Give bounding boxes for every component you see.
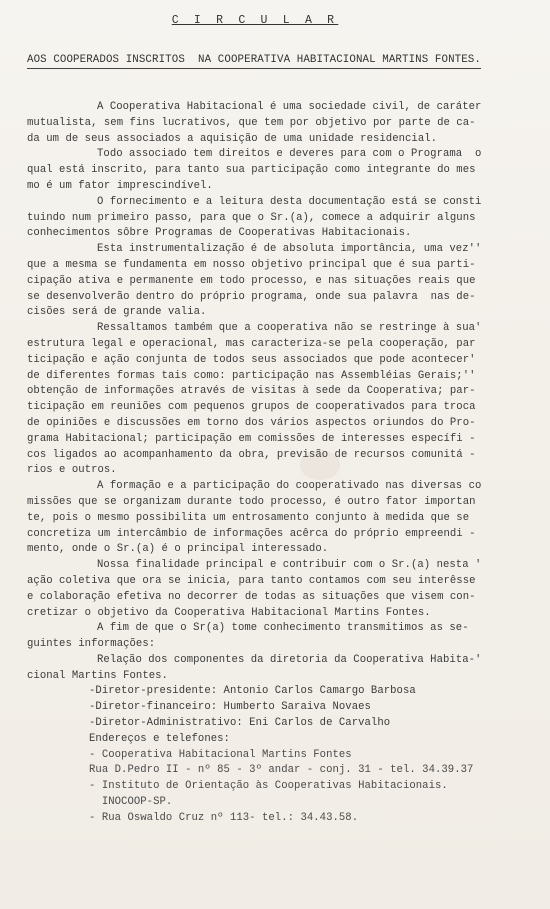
text-line: O fornecimento e a leitura desta documen… (27, 195, 527, 211)
text-line: A Cooperativa Habitacional é uma socieda… (27, 100, 527, 116)
contact-item: - Cooperativa Habitacional Martins Fonte… (27, 748, 527, 764)
text-line: missões que se organizam durante todo pr… (27, 495, 527, 511)
text-line: cisões será de grande valia. (27, 305, 527, 321)
text-line: guintes informações: (27, 637, 527, 653)
directors-list: -Diretor-presidente: Antonio Carlos Cama… (27, 684, 527, 731)
text-line: ticipação em reuniões com pequenos grupo… (27, 400, 527, 416)
contacts-list: - Cooperativa Habitacional Martins Fonte… (27, 748, 527, 827)
text-line: cretizar o objetivo da Cooperativa Habit… (27, 606, 527, 622)
document-body: A Cooperativa Habitacional é uma socieda… (27, 100, 527, 827)
text-line: de opiniões e discussões em torno dos vá… (27, 416, 527, 432)
contacts-heading: Endereços e telefones: (27, 732, 527, 748)
contact-item: - Instituto de Orientação às Cooperativa… (27, 779, 527, 795)
document-title: C I R C U L A R (0, 14, 550, 27)
text-line: que a mesma se fundamenta em nosso objet… (27, 258, 527, 274)
director-item: -Diretor-presidente: Antonio Carlos Cama… (27, 684, 527, 700)
text-line: Relação dos componentes da diretoria da … (27, 653, 527, 669)
contact-item: - Rua Oswaldo Cruz nº 113- tel.: 34.43.5… (27, 811, 527, 827)
text-line: rios e outros. (27, 463, 527, 479)
text-line: Nossa finalidade principal e contribuir … (27, 558, 527, 574)
text-line: de diferentes formas tais como: particip… (27, 369, 527, 385)
text-line: da um de seus associados a aquisição de … (27, 132, 527, 148)
text-line: A fim de que o Sr(a) tome conhecimento t… (27, 621, 527, 637)
text-line: ação coletiva que ora se inicia, para ta… (27, 574, 527, 590)
text-line: A formação e a participação do cooperati… (27, 479, 527, 495)
text-line: se desenvolverão dentro do próprio progr… (27, 290, 527, 306)
contact-item: Rua D.Pedro II - nº 85 - 3º andar - conj… (27, 763, 527, 779)
text-line: te, pois o mesmo possibilita um entrosam… (27, 511, 527, 527)
circular-page: C I R C U L A R AOS COOPERADOS INSCRITOS… (0, 0, 550, 909)
text-line: cos ligados ao acompanhamento da obra, p… (27, 448, 527, 464)
text-line: estrutura legal e operacional, mas carac… (27, 337, 527, 353)
text-line: cipação ativa e permanente em todo proce… (27, 274, 527, 290)
text-line: Todo associado tem direitos e deveres pa… (27, 147, 527, 163)
text-line: mo é um fator imprescindível. (27, 179, 527, 195)
text-line: ticipação e ação conjunta de todos seus … (27, 353, 527, 369)
text-line: cional Martins Fontes. (27, 669, 527, 685)
text-line: Ressaltamos também que a cooperativa não… (27, 321, 527, 337)
text-line: Esta instrumentalização é de absoluta im… (27, 242, 527, 258)
contact-item: INOCOOP-SP. (27, 795, 527, 811)
text-line: obtenção de informações através de visit… (27, 384, 527, 400)
text-line: e colaboração efetiva no decorrer de tod… (27, 590, 527, 606)
director-item: -Diretor-Administrativo: Eni Carlos de C… (27, 716, 527, 732)
text-line: qual está inscrito, para tanto sua parti… (27, 163, 527, 179)
text-line: mento, onde o Sr.(a) é o principal inter… (27, 542, 527, 558)
director-item: -Diretor-financeiro: Humberto Saraiva No… (27, 700, 527, 716)
text-line: mutualista, sem fins lucrativos, que tem… (27, 116, 527, 132)
text-line: grama Habitacional; participação em comi… (27, 432, 527, 448)
text-line: conhecimentos sôbre Programas de Coopera… (27, 226, 527, 242)
text-line: concretiza um intercâmbio de informações… (27, 527, 527, 543)
body-text: A Cooperativa Habitacional é uma socieda… (27, 100, 527, 684)
document-subtitle: AOS COOPERADOS INSCRITOS NA COOPERATIVA … (27, 53, 481, 69)
text-line: tuindo num primeiro passo, para que o Sr… (27, 211, 527, 227)
